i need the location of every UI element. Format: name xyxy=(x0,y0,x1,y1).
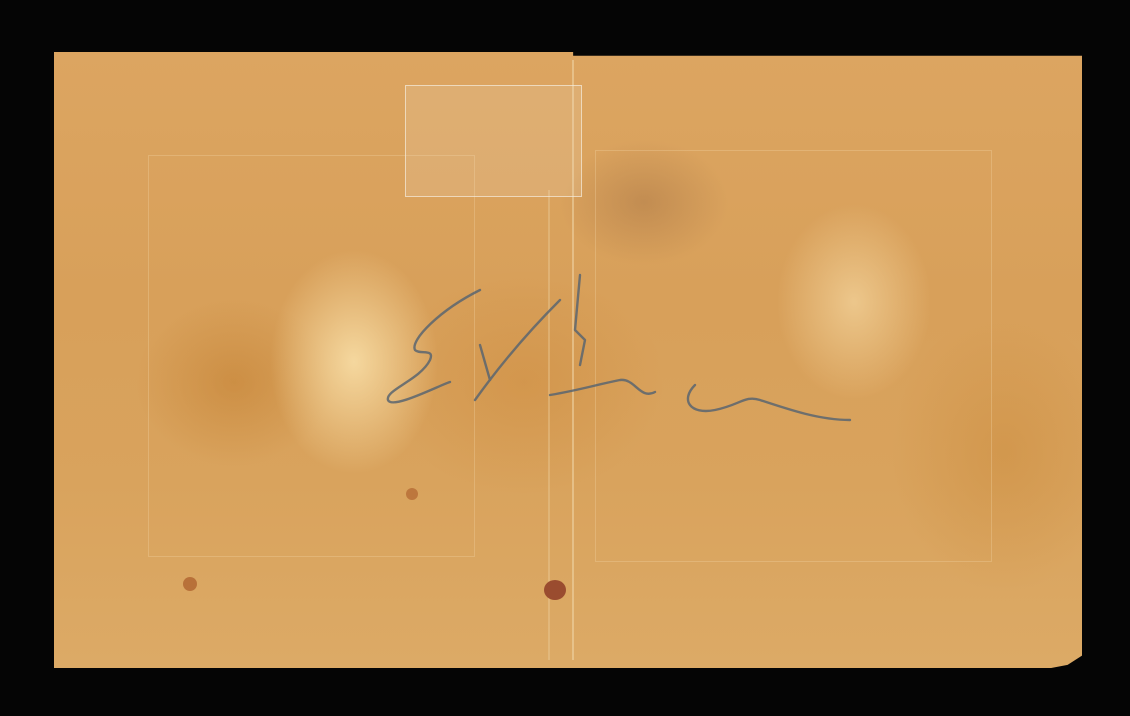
pencil-signature xyxy=(380,270,860,450)
stain-spot xyxy=(544,580,566,600)
stain-spot xyxy=(183,577,197,591)
hinge-remnant xyxy=(405,85,582,197)
stain-spot xyxy=(406,488,418,500)
